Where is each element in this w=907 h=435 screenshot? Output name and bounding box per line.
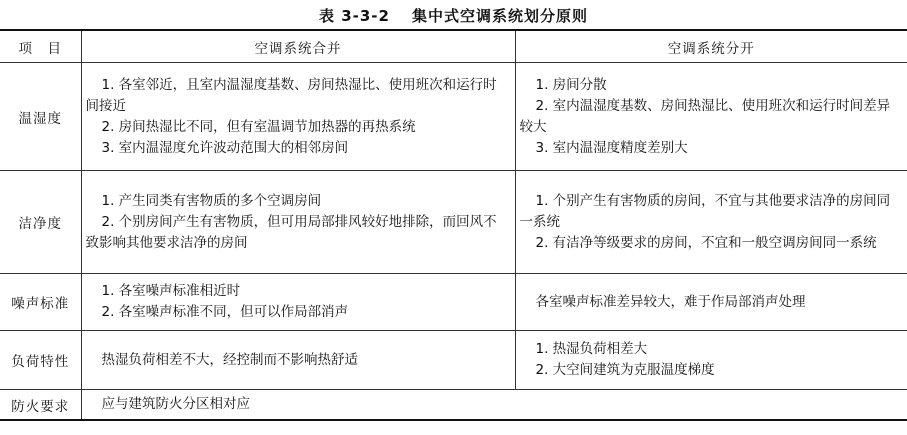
merge-cell: 1. 产生同类有害物质的多个空调房间 2. 个别房间产生有害物质，但可用局部排风…: [81, 171, 515, 274]
list-item: 1. 热湿负荷相差大: [536, 339, 898, 360]
separate-cell: 各室噪声标准差异较大，难于作局部消声处理: [515, 274, 907, 331]
table-row: 温湿度 1. 各室邻近，且室内温湿度基数、房间热湿比、使用班次和运行时间接近 2…: [0, 63, 907, 171]
list-item: 1. 房间分散: [516, 75, 898, 96]
list-item: 1. 各室邻近，且室内温湿度基数、房间热湿比、使用班次和运行时间接近: [82, 75, 505, 117]
table-number: 表 3-3-2: [319, 7, 390, 25]
list-item: 应与建筑防火分区相对应: [102, 394, 898, 415]
table-row: 防火要求 应与建筑防火分区相对应: [0, 390, 907, 421]
list-item: 热湿负荷相差不大，经控制而不影响热舒适: [102, 350, 505, 371]
list-item: 2. 有洁净等级要求的房间，不宜和一般空调房间同一系统: [516, 233, 898, 254]
list-item: 2. 大空间建筑为克服温度梯度: [536, 360, 898, 381]
list-item: 2. 室内温湿度基数、房间热湿比、使用班次和运行时间差异较大: [516, 96, 898, 138]
merge-cell: 1. 各室邻近，且室内温湿度基数、房间热湿比、使用班次和运行时间接近 2. 房间…: [81, 63, 515, 171]
span-cell: 应与建筑防火分区相对应: [81, 390, 907, 421]
list-item: 2. 各室噪声标准不同，但可以作局部消声: [102, 302, 505, 323]
merge-cell: 1. 各室噪声标准相近时 2. 各室噪声标准不同，但可以作局部消声: [81, 274, 515, 331]
table-row: 噪声标准 1. 各室噪声标准相近时 2. 各室噪声标准不同，但可以作局部消声 各…: [0, 274, 907, 331]
table-row: 负荷特性 热湿负荷相差不大，经控制而不影响热舒适 1. 热湿负荷相差大 2. 大…: [0, 331, 907, 390]
list-item: 1. 各室噪声标准相近时: [102, 281, 505, 302]
table-row: 洁净度 1. 产生同类有害物质的多个空调房间 2. 个别房间产生有害物质，但可用…: [0, 171, 907, 274]
separate-cell: 1. 热湿负荷相差大 2. 大空间建筑为克服温度梯度: [515, 331, 907, 390]
list-item: 1. 产生同类有害物质的多个空调房间: [82, 191, 505, 212]
row-label: 噪声标准: [0, 274, 81, 331]
header-row: 项 目 空调系统合并 空调系统分开: [0, 30, 907, 63]
row-label: 防火要求: [0, 390, 81, 421]
table-caption: 表 3-3-2集中式空调系统划分原则: [0, 5, 907, 26]
list-item: 2. 个别房间产生有害物质，但可用局部排风较好地排除，而回风不致影响其他要求洁净…: [82, 212, 505, 254]
row-label: 温湿度: [0, 63, 81, 171]
list-item: 1. 个别产生有害物质的房间，不宜与其他要求洁净的房间同一系统: [516, 191, 898, 233]
header-merge: 空调系统合并: [81, 30, 515, 63]
hvac-division-table: 项 目 空调系统合并 空调系统分开 温湿度 1. 各室邻近，且室内温湿度基数、房…: [0, 29, 907, 421]
list-item: 2. 房间热湿比不同，但有室温调节加热器的再热系统: [82, 117, 505, 138]
merge-cell: 热湿负荷相差不大，经控制而不影响热舒适: [81, 331, 515, 390]
separate-cell: 1. 个别产生有害物质的房间，不宜与其他要求洁净的房间同一系统 2. 有洁净等级…: [515, 171, 907, 274]
row-label: 负荷特性: [0, 331, 81, 390]
list-item: 3. 室内温湿度允许波动范围大的相邻房间: [82, 138, 505, 159]
list-item: 各室噪声标准差异较大，难于作局部消声处理: [536, 292, 898, 313]
row-label: 洁净度: [0, 171, 81, 274]
list-item: 3. 室内温湿度精度差别大: [516, 138, 898, 159]
header-separate: 空调系统分开: [515, 30, 907, 63]
table-title: 集中式空调系统划分原则: [412, 7, 588, 25]
separate-cell: 1. 房间分散 2. 室内温湿度基数、房间热湿比、使用班次和运行时间差异较大 3…: [515, 63, 907, 171]
header-item: 项 目: [0, 30, 81, 63]
